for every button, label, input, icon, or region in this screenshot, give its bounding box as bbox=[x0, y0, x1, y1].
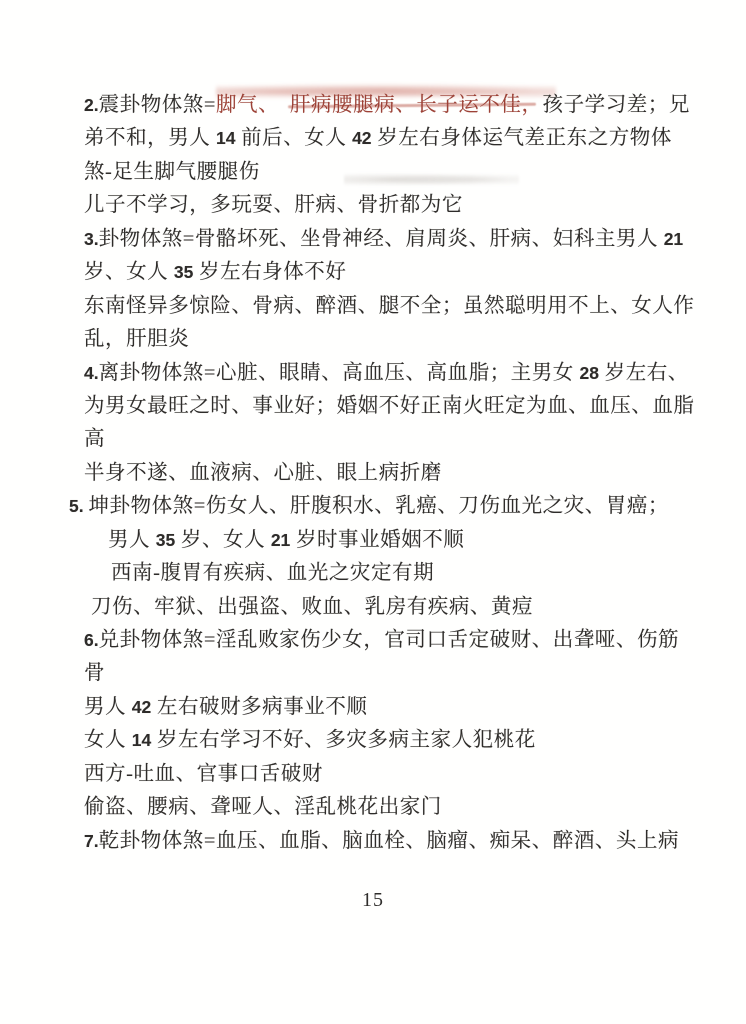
body-text-segment: 煞-足生脚气腰腿伤 bbox=[84, 161, 260, 183]
text-line: 男人 42 左右破财多病事业不顺 bbox=[84, 691, 680, 724]
numeral: 2. bbox=[84, 95, 99, 115]
document-page: 2.震卦物体煞=脚气、 肝病腰腿病、长子运不佳，孩子学习差；兄弟不和，男人 14… bbox=[0, 0, 746, 1024]
numeral: 5. bbox=[69, 496, 88, 516]
text-line: 为男女最旺之时、事业好；婚姻不好正南火旺定为血、血压、血脂 bbox=[84, 390, 680, 423]
body-text-segment: 弟不和，男人 bbox=[84, 127, 216, 149]
text-line: 4.离卦物体煞=心脏、眼睛、高血压、高血脂；主男女 28 岁左右、 bbox=[84, 357, 680, 390]
text-line: 刀伤、牢狱、出强盗、败血、乳房有疾病、黄痘 bbox=[91, 591, 680, 624]
body-text-segment: 震卦物体煞= bbox=[99, 94, 216, 116]
body-text-segment: 离卦物体煞=心脏、眼睛、高血压、高血脂；主男女 bbox=[99, 362, 580, 384]
body-text-segment: 女人 bbox=[84, 729, 132, 751]
text-line: 半身不遂、血液病、心脏、眼上病折磨 bbox=[84, 457, 680, 490]
body-text-segment: 西南-腹胃有疾病、血光之灾定有期 bbox=[111, 562, 434, 584]
page-number: 15 bbox=[0, 889, 746, 912]
body-text-segment: 坤卦物体煞=伤女人、肝腹积水、乳癌、刀伤血光之灾、胃癌； bbox=[88, 495, 668, 517]
numeral: 21 bbox=[271, 530, 290, 550]
body-text-segment: 乱，肝胆炎 bbox=[84, 328, 189, 350]
text-line: 偷盗、腰病、聋哑人、淫乱桃花出家门 bbox=[84, 791, 680, 824]
body-text-segment: 兑卦物体煞=淫乱败家伤少女，官司口舌定破财、出聋哑、伤筋 bbox=[99, 629, 679, 651]
text-line: 3.卦物体煞=骨骼坏死、坐骨神经、肩周炎、肝病、妇科主男人 21 bbox=[84, 223, 680, 256]
text-line: 5. 坤卦物体煞=伤女人、肝腹积水、乳癌、刀伤血光之灾、胃癌； bbox=[69, 490, 680, 523]
numeral: 6. bbox=[84, 630, 99, 650]
numeral: 42 bbox=[132, 697, 151, 717]
numeral: 42 bbox=[352, 128, 371, 148]
text-line: 岁、女人 35 岁左右身体不好 bbox=[84, 256, 680, 289]
body-text-segment: 男人 bbox=[108, 529, 156, 551]
text-line: 乱，肝胆炎 bbox=[84, 323, 680, 356]
text-line: 弟不和，男人 14 前后、女人 42 岁左右身体运气差正东之方物体 bbox=[84, 122, 680, 155]
numeral: 35 bbox=[156, 530, 175, 550]
body-text-segment: 高 bbox=[84, 428, 105, 450]
body-text-segment: 东南怪异多惊险、骨病、醉酒、腿不全；虽然聪明用不上、女人作 bbox=[84, 295, 694, 317]
body-text-segment: 岁左右身体不好 bbox=[193, 261, 346, 283]
body-text-segment: 乾卦物体煞=血压、血脂、脑血栓、脑瘤、痴呆、醉酒、头上病 bbox=[99, 830, 679, 852]
text-line: 儿子不学习，多玩耍、肝病、骨折都为它 bbox=[84, 189, 680, 222]
body-text-segment: 刀伤、牢狱、出强盗、败血、乳房有疾病、黄痘 bbox=[91, 596, 533, 618]
text-line: 煞-足生脚气腰腿伤 bbox=[84, 156, 680, 189]
body-text-segment: 骨 bbox=[84, 662, 105, 684]
body-text-segment: 偷盗、腰病、聋哑人、淫乱桃花出家门 bbox=[84, 796, 442, 818]
body-text-segment: 男人 bbox=[84, 696, 132, 718]
numeral: 35 bbox=[174, 262, 193, 282]
body-text-segment: 岁、女人 bbox=[175, 529, 271, 551]
body-text-segment: 岁时事业婚姻不顺 bbox=[290, 529, 464, 551]
body-text: 2.震卦物体煞=脚气、 肝病腰腿病、长子运不佳，孩子学习差；兄弟不和，男人 14… bbox=[84, 89, 680, 858]
red-annotated-text: 脚气、 肝病腰腿病、长子运不佳， bbox=[216, 94, 543, 116]
numeral: 21 bbox=[664, 229, 683, 249]
body-text-segment: 岁左右、 bbox=[599, 362, 689, 384]
body-text-segment: 半身不遂、血液病、心脏、眼上病折磨 bbox=[84, 462, 442, 484]
body-text-segment: 西方-吐血、官事口舌破财 bbox=[84, 763, 323, 785]
body-text-segment: 岁左右学习不好、多灾多病主家人犯桃花 bbox=[151, 729, 536, 751]
body-text-segment: 岁、女人 bbox=[84, 261, 174, 283]
body-text-segment: 孩子学习差；兄 bbox=[543, 94, 690, 116]
body-text-segment: 岁左右身体运气差正东之方物体 bbox=[372, 127, 672, 149]
body-text-segment: 为男女最旺之时、事业好；婚姻不好正南火旺定为血、血压、血脂 bbox=[84, 395, 694, 417]
numeral: 14 bbox=[216, 128, 235, 148]
numeral: 28 bbox=[580, 363, 599, 383]
text-line: 高 bbox=[84, 423, 680, 456]
body-text-segment: 左右破财多病事业不顺 bbox=[151, 696, 367, 718]
numeral: 4. bbox=[84, 363, 99, 383]
numeral: 14 bbox=[132, 730, 151, 750]
numeral: 7. bbox=[84, 831, 99, 851]
text-line: 西南-腹胃有疾病、血光之灾定有期 bbox=[111, 557, 680, 590]
text-line: 男人 35 岁、女人 21 岁时事业婚姻不顺 bbox=[108, 524, 680, 557]
text-line: 6.兑卦物体煞=淫乱败家伤少女，官司口舌定破财、出聋哑、伤筋 bbox=[84, 624, 680, 657]
numeral: 3. bbox=[84, 229, 99, 249]
body-text-segment: 卦物体煞=骨骼坏死、坐骨神经、肩周炎、肝病、妇科主男人 bbox=[99, 228, 664, 250]
text-line: 女人 14 岁左右学习不好、多灾多病主家人犯桃花 bbox=[84, 724, 680, 757]
text-line: 骨 bbox=[84, 657, 680, 690]
body-text-segment: 前后、女人 bbox=[235, 127, 352, 149]
text-line: 2.震卦物体煞=脚气、 肝病腰腿病、长子运不佳，孩子学习差；兄 bbox=[84, 89, 680, 122]
text-line: 西方-吐血、官事口舌破财 bbox=[84, 758, 680, 791]
text-line: 7.乾卦物体煞=血压、血脂、脑血栓、脑瘤、痴呆、醉酒、头上病 bbox=[84, 825, 680, 858]
text-line: 东南怪异多惊险、骨病、醉酒、腿不全；虽然聪明用不上、女人作 bbox=[84, 290, 680, 323]
body-text-segment: 儿子不学习，多玩耍、肝病、骨折都为它 bbox=[84, 194, 463, 216]
